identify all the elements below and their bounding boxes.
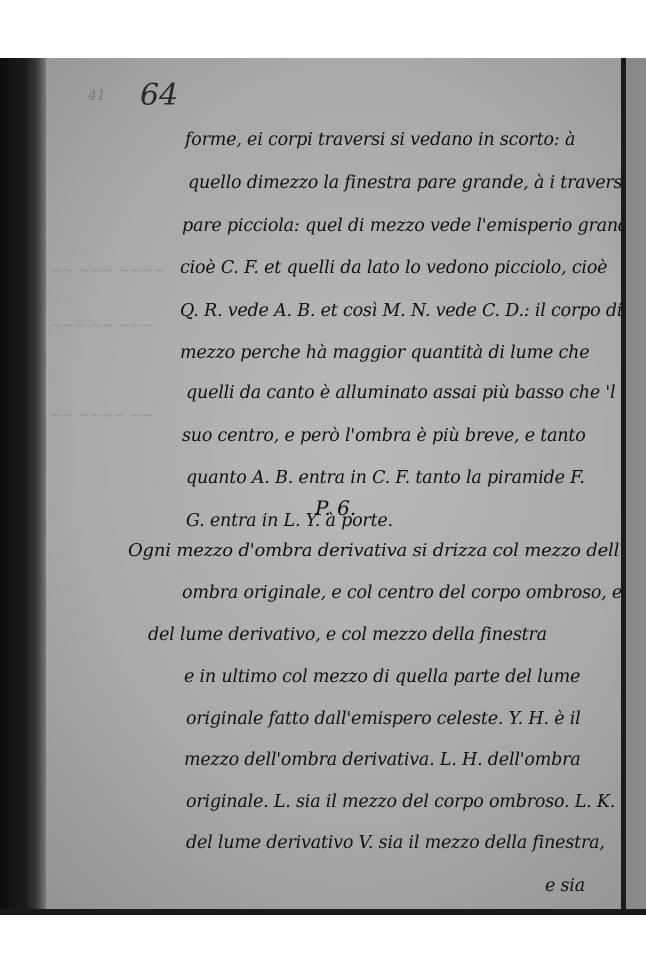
text-line: del lume derivativo V. sia il mezzo dell…	[186, 833, 605, 853]
bleed-through-text: ~~ ~~~~ ~~	[50, 408, 153, 424]
text-line: suo centro, e però l'ombra è più breve, …	[182, 426, 586, 446]
text-line: quelli da canto è alluminato assai più b…	[186, 383, 615, 403]
bottom-page-edge	[0, 909, 646, 915]
text-line: pare picciola: quel di mezzo vede l'emis…	[182, 216, 645, 236]
text-line: e in ultimo col mezzo di quella parte de…	[184, 667, 580, 687]
adjacent-page-strip	[626, 58, 646, 915]
book-binding-edge	[0, 58, 46, 915]
text-line: originale fatto dall'emispero celeste. Y…	[186, 709, 581, 729]
text-line: G. entra in L. Y. à porte.	[186, 511, 393, 531]
text-line: Q. R. vede A. B. et così M. N. vede C. D…	[180, 301, 622, 321]
text-line: quello dimezzo la finestra pare grande, …	[188, 173, 628, 193]
folio-number: 64	[140, 78, 178, 113]
text-line: cioè C. F. et quelli da lato lo vedono p…	[180, 258, 607, 278]
text-line: ombra originale, e col centro del corpo …	[182, 583, 622, 603]
bleed-through-text: ~~ ~~~ ~~~~	[50, 263, 164, 279]
catchword: e sia	[545, 876, 585, 896]
bleed-through-text: ~~~ ~~ ~~~	[50, 318, 153, 334]
manuscript-scan: ~~ ~~~ ~~~~ ~~~ ~~ ~~~ ~~ ~~~~ ~~ 41 64 …	[0, 58, 646, 915]
section-heading: P. 6.	[315, 496, 356, 520]
text-line: mezzo perche hà maggior quantità di lume…	[180, 343, 589, 363]
text-line: del lume derivativo, e col mezzo della f…	[148, 625, 547, 645]
text-line: originale. L. sia il mezzo del corpo omb…	[186, 792, 615, 812]
text-line: forme, ei corpi traversi si vedano in sc…	[185, 130, 575, 150]
text-line: Ogni mezzo d'ombra derivativa si drizza …	[128, 540, 624, 561]
text-line: mezzo dell'ombra derivativa. L. H. dell'…	[184, 750, 581, 770]
text-line: quanto A. B. entra in C. F. tanto la pir…	[186, 468, 585, 488]
faint-margin-mark: 41	[88, 88, 106, 104]
